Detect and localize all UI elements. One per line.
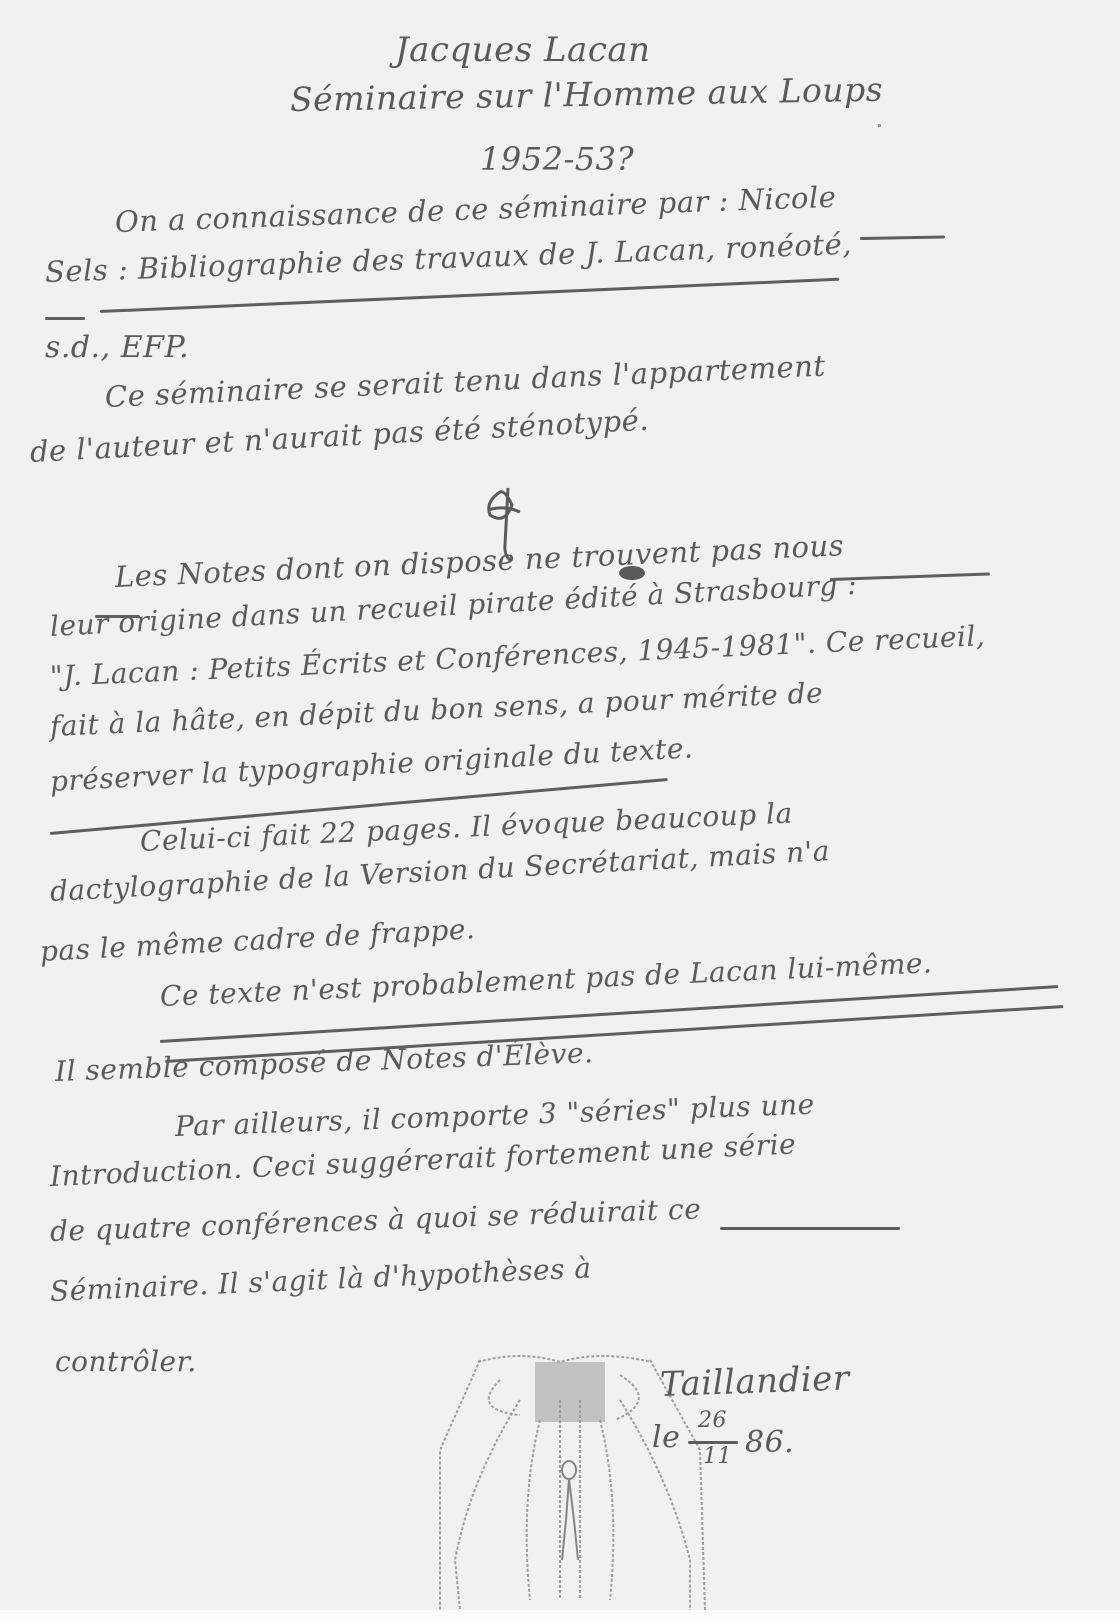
header-author: Jacques Lacan: [395, 30, 651, 70]
signature-year: 86.: [745, 1425, 794, 1460]
signature-date-prefix: le: [652, 1420, 680, 1455]
scan-speck: [878, 124, 881, 127]
signature-day: 26: [698, 1408, 727, 1433]
header-date: 1952-53?: [480, 140, 634, 178]
scan-bottom-edge: [0, 1610, 1120, 1623]
text-line-20: contrôler.: [55, 1345, 197, 1378]
scanned-page: Jacques Lacan Séminaire sur l'Homme aux …: [0, 0, 1120, 1610]
underline-hypotheses: [720, 1227, 900, 1230]
signature-month: 11: [703, 1444, 732, 1469]
underline-notes: [95, 615, 140, 618]
signature-name: Taillandier: [659, 1358, 850, 1405]
underline-sels: [45, 317, 85, 320]
text-line-3: s.d., EFP.: [45, 330, 189, 365]
